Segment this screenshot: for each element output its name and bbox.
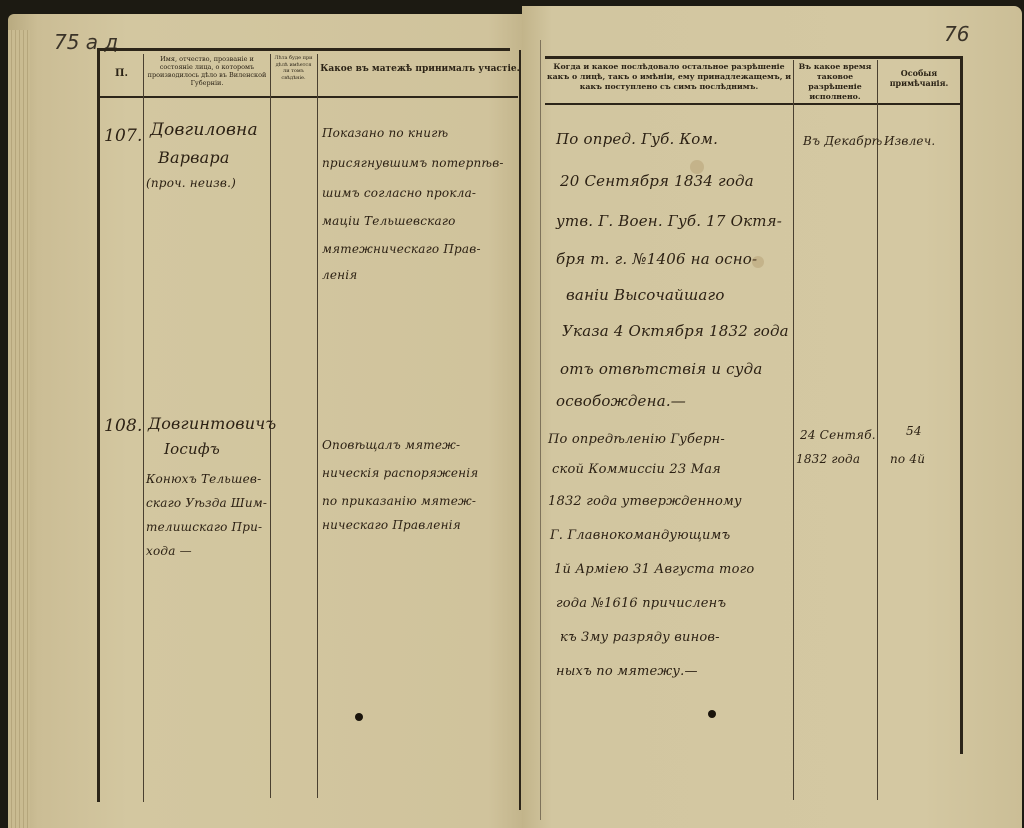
entry-role-line: ленія bbox=[322, 268, 357, 282]
binding-hole bbox=[355, 713, 363, 721]
entry-name-line: телишскаго При- bbox=[146, 520, 262, 534]
header-bottom-rule bbox=[545, 103, 963, 105]
left-page-right-rule bbox=[519, 50, 521, 810]
entry-role-line: Оповѣщалъ мятеж- bbox=[322, 438, 460, 452]
entry-role-line: ническія распоряженія bbox=[322, 466, 478, 480]
entry-resolution-line: По опредѣленію Губерн- bbox=[548, 432, 725, 447]
entry-resolution-line: утв. Г. Воен. Губ. 17 Октя- bbox=[556, 212, 782, 230]
header-bottom-rule bbox=[98, 96, 518, 98]
entry-number: 108. bbox=[104, 416, 143, 436]
header-name: Имя, отчество, прозваніе и состояніе лиц… bbox=[146, 55, 268, 87]
paper-stain bbox=[690, 160, 704, 174]
entry-notes-line: 54 bbox=[906, 424, 922, 438]
entry-role-line: мятежническаго Прав- bbox=[322, 242, 481, 256]
entry-role-line: ническаго Правленія bbox=[322, 518, 461, 532]
entry-resolution-line: бря т. г. №1406 на осно- bbox=[556, 250, 757, 268]
entry-resolution-line: ваніи Высочайшаго bbox=[566, 286, 725, 304]
header-top-rule bbox=[545, 56, 963, 59]
entry-role-line: маціи Тельшевскаго bbox=[322, 214, 456, 228]
header-role: Какое въ матежѣ принималъ участіе. bbox=[320, 63, 520, 75]
col-divider bbox=[793, 60, 794, 800]
entry-name-line: Конюхъ Тельшев- bbox=[146, 472, 261, 486]
header-resolution: Когда и какое послѣдовало остальное разр… bbox=[546, 62, 792, 92]
entry-resolution-line: Г. Главнокомандующимъ bbox=[550, 528, 730, 543]
entry-name-line: (проч. неизв.) bbox=[146, 176, 236, 190]
right-border-rule bbox=[960, 56, 963, 754]
right-page-number: 76 bbox=[944, 22, 969, 46]
entry-notes: Извлеч. bbox=[884, 134, 935, 148]
header-turn: Лѣта будe при дѣлѣ имѣется ли томъ свѣдѣ… bbox=[272, 55, 315, 81]
header-notes: Особыя примѣчанія. bbox=[879, 68, 959, 88]
col-divider bbox=[317, 54, 318, 798]
entry-notes-line: по 4й bbox=[890, 452, 925, 466]
entry-role-line: шимъ согласно прокла- bbox=[322, 186, 476, 200]
header-executed: Въ какое время таковое разрѣшеніе исполн… bbox=[795, 62, 875, 102]
entry-name-line: Іосифъ bbox=[164, 440, 220, 458]
entry-resolution-line: ской Коммиссіи 23 Мая bbox=[552, 462, 721, 477]
binding-hole bbox=[708, 710, 716, 718]
entry-resolution-line: года №1616 причисленъ bbox=[556, 596, 726, 611]
entry-resolution-line: освобождена.— bbox=[556, 392, 686, 410]
entry-number: 107. bbox=[104, 126, 143, 146]
entry-resolution-line: ныхъ по мятежу.— bbox=[556, 664, 698, 679]
left-border-rule bbox=[97, 48, 100, 802]
entry-resolution-line: 1й Арміею 31 Августа того bbox=[554, 562, 754, 577]
entry-name-line: Варвара bbox=[158, 148, 230, 167]
entry-executed: Въ Декабрѣ bbox=[803, 134, 882, 148]
col-divider bbox=[877, 60, 878, 800]
entry-role-line: по приказанію мятеж- bbox=[322, 494, 476, 508]
entry-name-line: Довгинтовичъ bbox=[148, 414, 276, 433]
entry-resolution-line: отъ отвѣтствія и суда bbox=[560, 360, 763, 378]
entry-name-line: Довгиловна bbox=[150, 120, 258, 140]
entry-resolution-line: 1832 года утвержденному bbox=[548, 494, 742, 509]
col-divider bbox=[143, 54, 144, 802]
entry-resolution-line: Указа 4 Октября 1832 года bbox=[562, 322, 789, 340]
header-top-rule bbox=[98, 48, 510, 51]
entry-resolution-line: 20 Сентября 1834 года bbox=[560, 172, 754, 190]
page-edges bbox=[8, 30, 30, 828]
entry-name-line: хода — bbox=[146, 544, 192, 558]
entry-resolution-line: По опред. Губ. Ком. bbox=[556, 130, 718, 148]
entry-resolution-line: къ 3му разряду винов- bbox=[560, 630, 720, 645]
binding-line bbox=[540, 40, 541, 820]
entry-role-line: Показано по книгѣ bbox=[322, 126, 448, 140]
entry-name-line: скаго Уѣзда Шим- bbox=[146, 496, 267, 510]
header-number: П. bbox=[100, 68, 143, 80]
paper-stain bbox=[752, 256, 764, 268]
entry-executed-line: 24 Сентяб. bbox=[800, 428, 876, 442]
entry-executed-line: 1832 года bbox=[796, 452, 860, 466]
entry-role-line: присягнувшимъ потерпѣв- bbox=[322, 156, 504, 170]
